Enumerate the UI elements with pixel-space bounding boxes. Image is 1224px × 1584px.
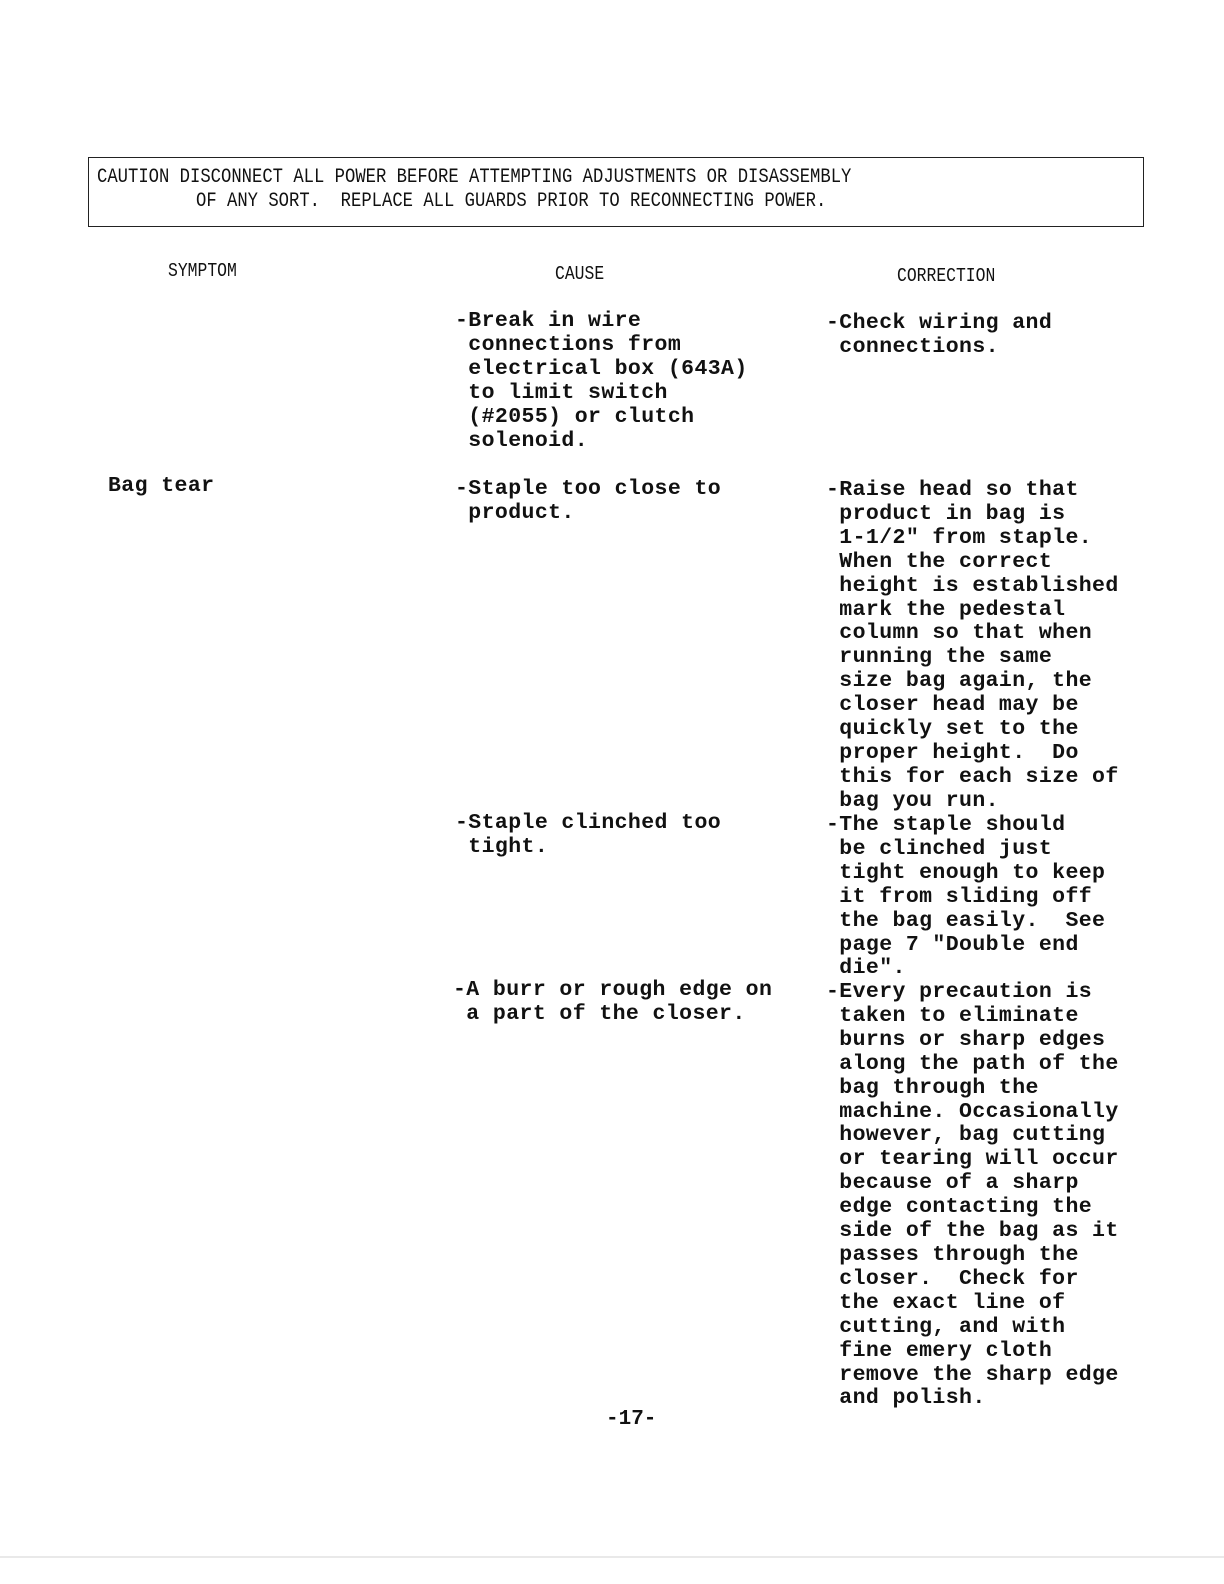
- caution-line-2: OF ANY SORT. REPLACE ALL GUARDS PRIOR TO…: [196, 190, 826, 213]
- header-symptom: SYMPTOM: [168, 260, 237, 282]
- caution-line-1: CAUTION DISCONNECT ALL POWER BEFORE ATTE…: [97, 166, 851, 189]
- correction-check-wiring: -Check wiring and connections.: [826, 312, 1052, 360]
- header-cause: CAUSE: [555, 263, 604, 285]
- correction-raise-head: -Raise head so that product in bag is 1-…: [826, 479, 1119, 814]
- cause-staple-clinched-tight: -Staple clinched too tight.: [455, 812, 721, 860]
- cause-wire-break: -Break in wire connections from electric…: [455, 310, 748, 453]
- correction-every-precaution: -Every precaution is taken to eliminate …: [826, 981, 1119, 1411]
- scan-edge-divider: [0, 1556, 1224, 1558]
- cause-staple-too-close: -Staple too close to product.: [455, 478, 721, 526]
- header-correction: CORRECTION: [897, 265, 995, 287]
- caution-box: CAUTION DISCONNECT ALL POWER BEFORE ATTE…: [88, 157, 1144, 227]
- symptom-bag-tear: Bag tear: [108, 475, 214, 499]
- page-number: -17-: [606, 1408, 656, 1431]
- cause-burr-rough-edge: -A burr or rough edge on a part of the c…: [453, 979, 772, 1027]
- correction-staple-clinch: -The staple should be clinched just tigh…: [826, 814, 1105, 981]
